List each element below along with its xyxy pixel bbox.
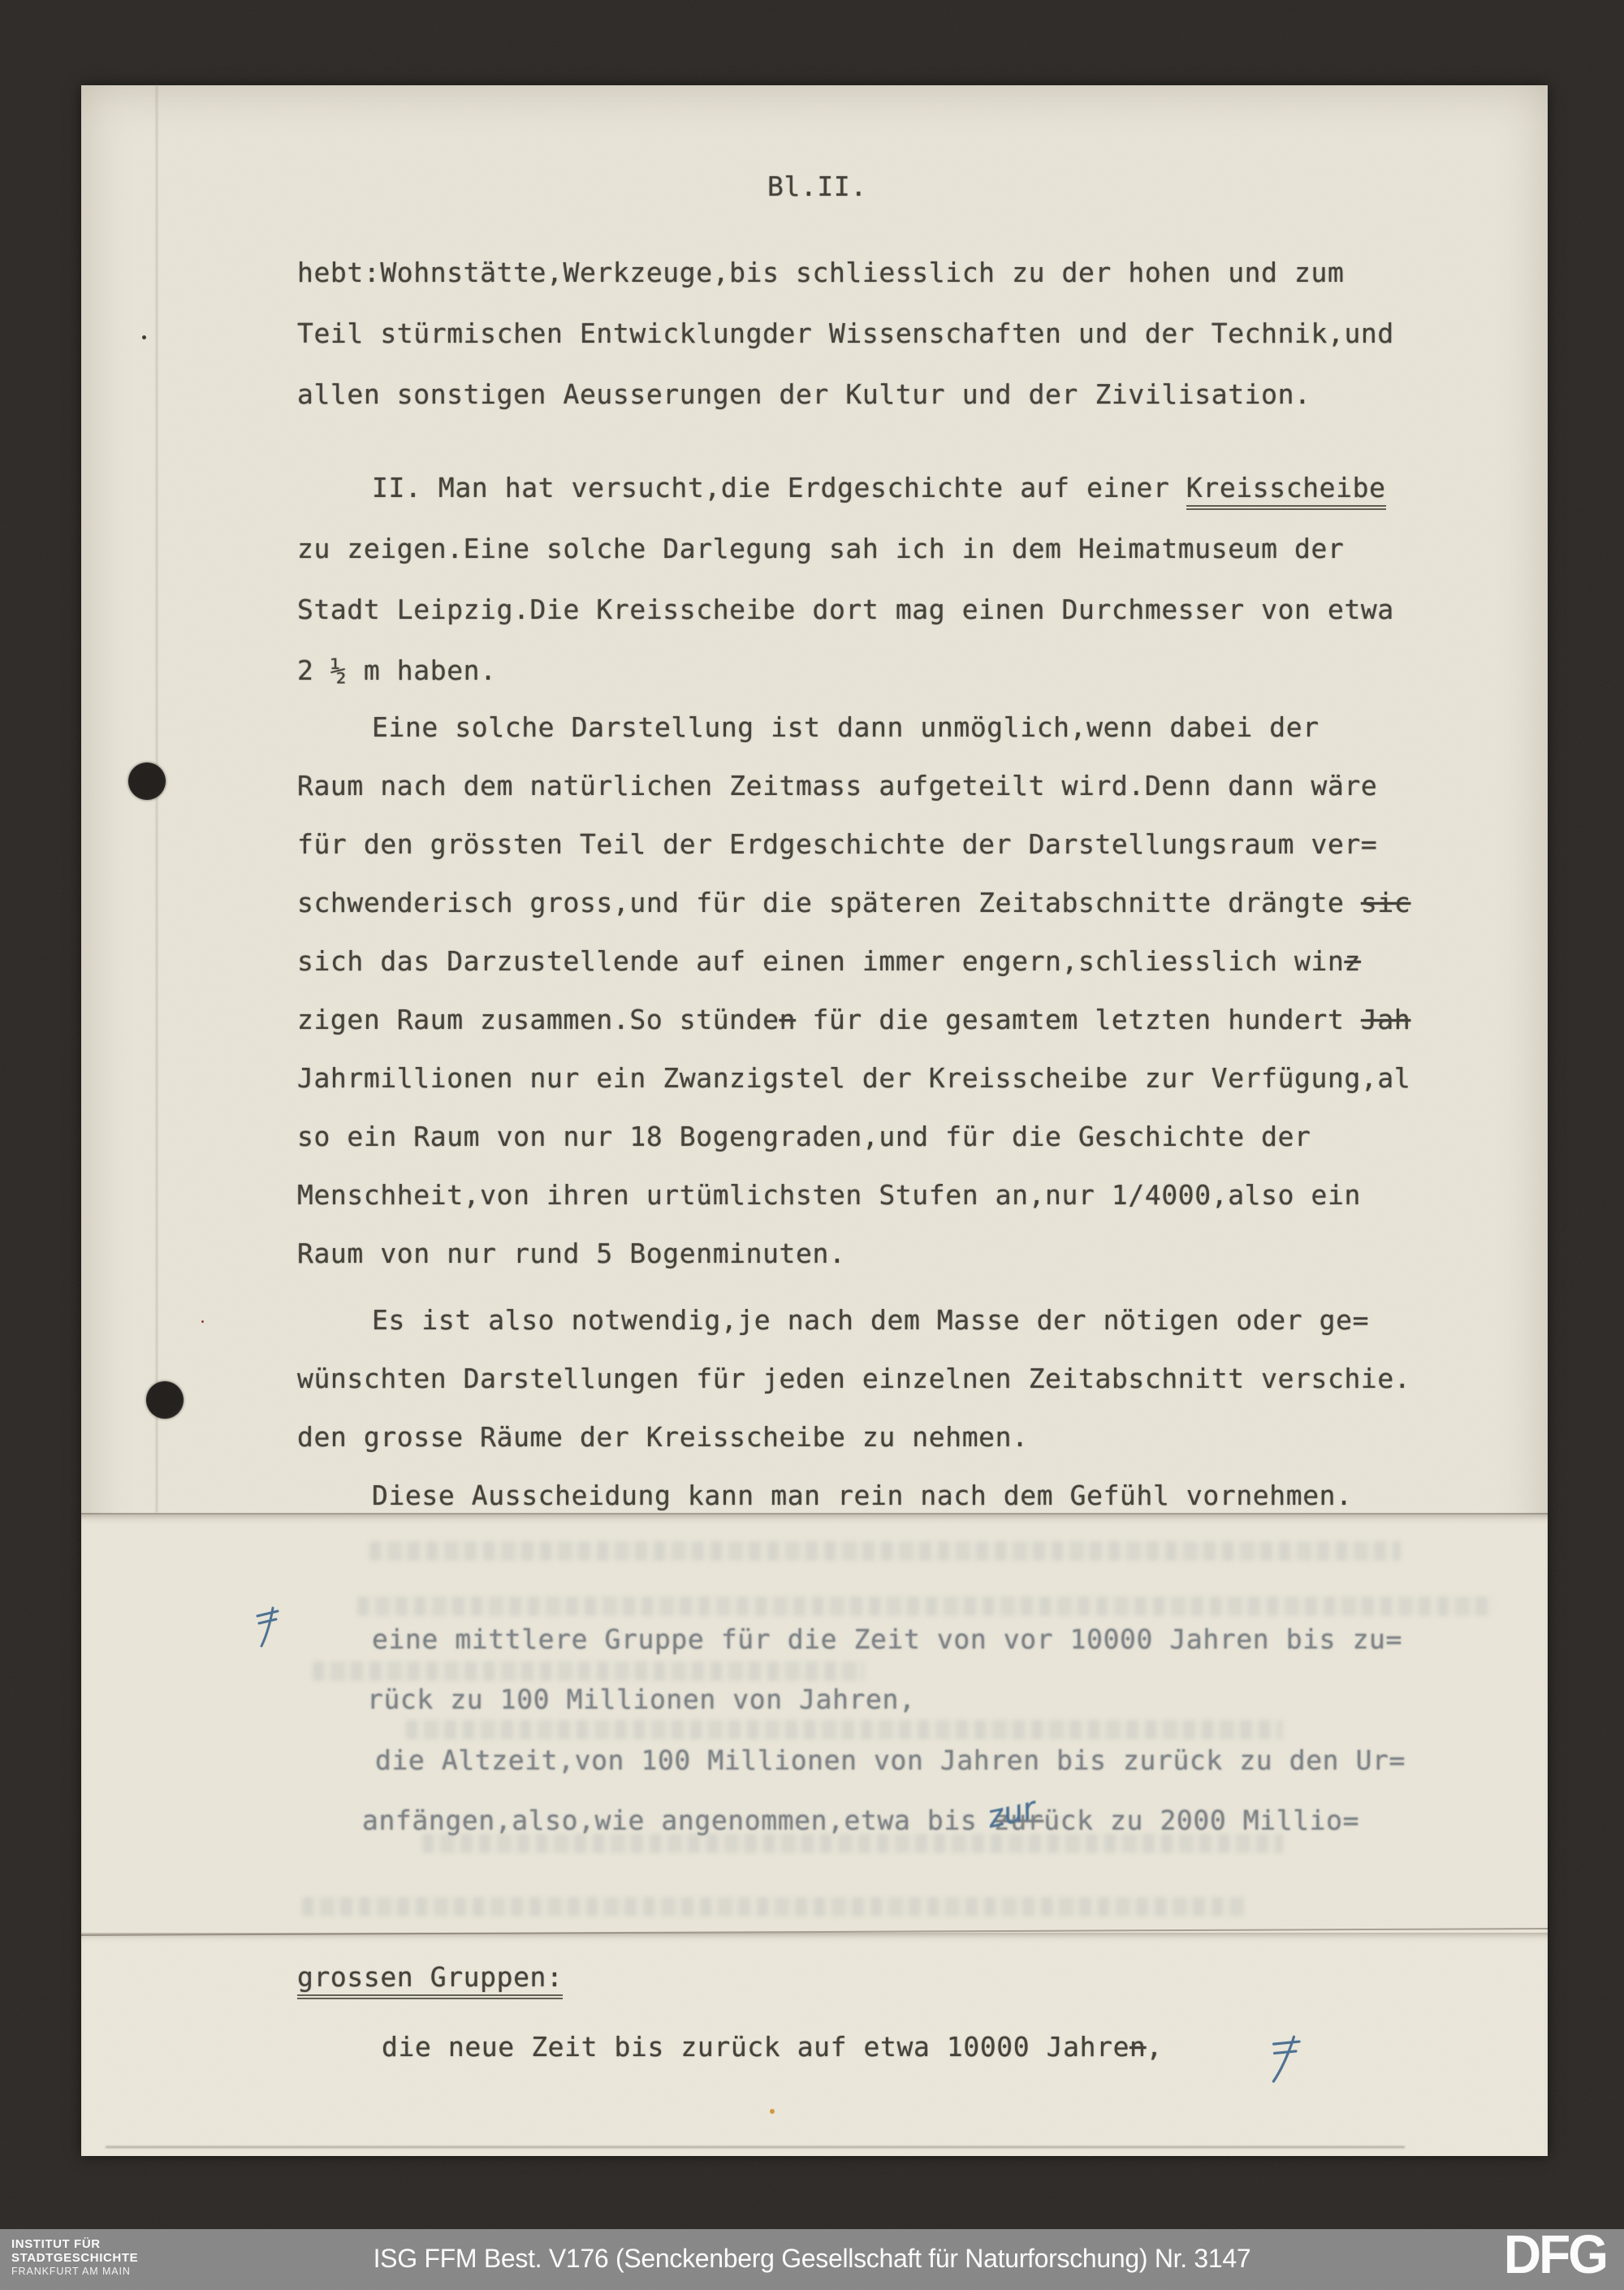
typed-line: zigen Raum zusammen.So stünden für die g… [297,1003,1410,1036]
ink-speck [201,1320,204,1323]
typed-text: rück zu 100 Millionen von Jahren, [367,1683,915,1715]
paper-seam [81,1513,1548,1514]
typed-line: den grosse Räume der Kreisscheibe zu neh… [297,1420,1029,1454]
typed-line: hebt:Wohnstätte,Werkzeuge,bis schliessli… [297,256,1344,289]
paper-edge-shadow [106,2146,1405,2148]
typed-text: wünschten Darstellungen für jeden einzel… [297,1363,1410,1394]
typed-text: sich das Darzustellende auf einen immer … [297,945,1344,977]
typed-line: Eine solche Darstellung ist dann unmögli… [372,711,1319,744]
page-title: Bl.II. [767,170,867,203]
struck-text: sic [1361,887,1410,918]
typed-line: zu zeigen.Eine solche Darlegung sah ich … [297,532,1344,565]
typed-text: schwenderisch gross,und für die späteren… [297,887,1361,918]
bleed-through-ghost-line [302,1897,1244,1916]
typed-line: grossen Gruppen: [297,1960,563,1999]
bleed-through-ghost-line [313,1661,865,1681]
typed-line: II. Man hat versucht,die Erdgeschichte a… [372,471,1386,510]
struck-text: Jah [1361,1004,1410,1035]
dfg-logo: DFG [1504,2223,1606,2286]
typed-line: wünschten Darstellungen für jeden einzel… [297,1362,1410,1395]
typed-text: II. Man hat versucht,die Erdgeschichte a… [372,472,1186,503]
typed-text: Menschheit,von ihren urtümlichsten Stufe… [297,1179,1361,1211]
punch-hole [128,763,166,800]
typed-line: Es ist also notwendig,je nach dem Masse … [372,1303,1369,1337]
typed-text: die neue Zeit bis zurück auf etwa 10000 … [382,2031,1129,2063]
typed-line: rück zu 100 Millionen von Jahren, [367,1683,915,1716]
typed-text: so ein Raum von nur 18 Bogengraden,und f… [297,1121,1311,1152]
struck-text: n [1129,2031,1146,2063]
typed-text: den grosse Räume der Kreisscheibe zu neh… [297,1421,1029,1453]
typed-text: 2 ½ m haben. [297,655,497,686]
typed-text: eine mittlere Gruppe für die Zeit von vo… [372,1623,1402,1655]
typed-text: hebt:Wohnstätte,Werkzeuge,bis schliessli… [297,257,1344,288]
typed-line: Teil stürmischen Entwicklungder Wissensc… [297,317,1394,350]
archive-reference: ISG FFM Best. V176 (Senckenberg Gesellsc… [0,2244,1624,2274]
typed-text: Raum nach dem natürlichen Zeitmass aufge… [297,770,1377,801]
bleed-through-ghost-line [369,1541,1401,1561]
typed-line: 2 ½ m haben. [297,654,497,687]
typewritten-page: Bl.II. hebt:Wohnstätte,Werkzeuge,bis sch… [81,85,1548,2156]
typed-text: , [1147,2031,1163,2063]
typed-line: Stadt Leipzig.Die Kreisscheibe dort mag … [297,593,1394,626]
scanned-document-page: Bl.II. hebt:Wohnstätte,Werkzeuge,bis sch… [0,0,1624,2290]
bleed-through-ghost-line [422,1834,1283,1853]
typed-line: Raum von nur rund 5 Bogenminuten. [297,1237,845,1270]
corrected-text: zurzur [994,1804,1043,1837]
archive-footer: INSTITUT FÜR STADTGESCHICHTE FRANKFURT A… [0,2229,1624,2290]
typed-line: Jahrmillionen nur ein Zwanzigstel der Kr… [297,1061,1410,1095]
insertion-mark-icon [1262,2030,1306,2087]
typed-text: Raum von nur rund 5 Bogenminuten. [297,1238,845,1269]
typed-line: sich das Darzustellende auf einen immer … [297,944,1361,978]
typed-text: zu zeigen.Eine solche Darlegung sah ich … [297,533,1344,564]
typed-text: anfängen,also,wie angenommen,etwa bis [362,1804,994,1836]
ink-speck [142,335,146,339]
typed-text: ück zu 2000 Millio= [1043,1804,1359,1836]
typed-text: Jahrmillionen nur ein Zwanzigstel der Kr… [297,1062,1410,1094]
typed-text: die Altzeit,von 100 Millionen von Jahren… [375,1744,1406,1776]
typed-line: Menschheit,von ihren urtümlichsten Stufe… [297,1178,1361,1212]
typed-text: Stadt Leipzig.Die Kreisscheibe dort mag … [297,594,1394,625]
typed-line: Diese Ausscheidung kann man rein nach de… [372,1479,1353,1512]
bleed-through-ghost-line [406,1720,1283,1739]
typed-text: allen sonstigen Aeusserungen der Kultur … [297,378,1311,410]
typed-text: für den grössten Teil der Erdgeschichte … [297,828,1377,860]
typed-text: Eine solche Darstellung ist dann unmögli… [372,711,1319,743]
typed-line: die Altzeit,von 100 Millionen von Jahren… [375,1743,1406,1777]
typed-line: für den grössten Teil der Erdgeschichte … [297,827,1377,861]
typed-line: schwenderisch gross,und für die späteren… [297,886,1410,919]
underlined-text: grossen Gruppen: [297,1960,563,1999]
typed-line: allen sonstigen Aeusserungen der Kultur … [297,378,1311,411]
struck-text: n [780,1004,796,1035]
insertion-mark-icon [255,1605,279,1648]
struck-text: z [1344,945,1360,977]
underlined-text: Kreisscheibe [1186,471,1386,510]
typed-line: die neue Zeit bis zurück auf etwa 10000 … [382,2030,1163,2063]
typed-line: eine mittlere Gruppe für die Zeit von vo… [372,1622,1402,1656]
bleed-through-ghost-line [357,1597,1494,1616]
typed-text: Es ist also notwendig,je nach dem Masse … [372,1304,1369,1336]
typed-line: anfängen,also,wie angenommen,etwa bis zu… [362,1804,1359,1837]
typed-line: Raum nach dem natürlichen Zeitmass aufge… [297,769,1377,802]
typed-text: für die gesamtem letzten hundert [796,1004,1361,1035]
typed-text: zigen Raum zusammen.So stünde [297,1004,780,1035]
punch-hole [146,1381,184,1419]
ink-speck [770,2109,775,2114]
fold-crease [156,85,158,1513]
typed-line: so ein Raum von nur 18 Bogengraden,und f… [297,1120,1311,1153]
typed-text: Diese Ausscheidung kann man rein nach de… [372,1480,1353,1511]
typed-text: Teil stürmischen Entwicklungder Wissensc… [297,318,1394,349]
